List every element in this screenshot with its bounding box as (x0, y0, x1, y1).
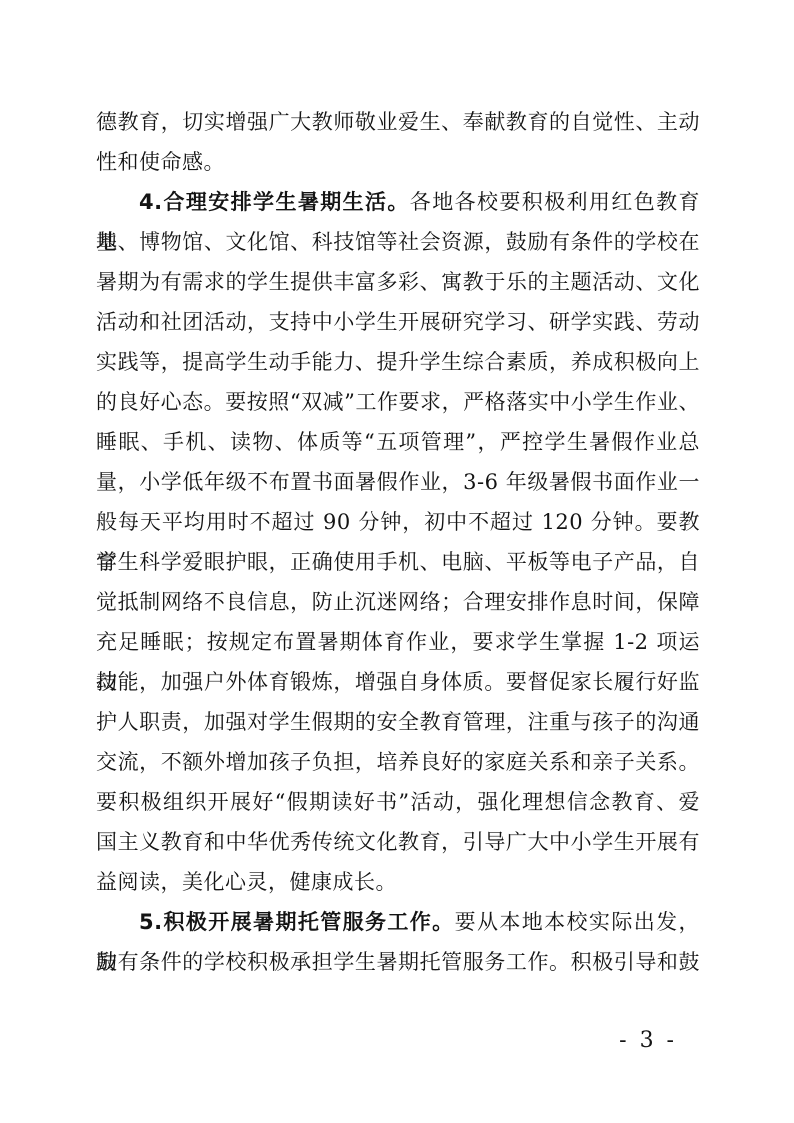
body-text: 量，小学低年级不布置书面暑假作业，3-6 年级暑假书面作业一 (96, 470, 700, 494)
body-text: 励有条件的学校积极承担学生暑期托管服务工作。积极引导和鼓 (96, 950, 700, 974)
body-text: 护人职责，加强对学生假期的安全教育管理，注重与孩子的沟通 (96, 710, 700, 734)
body-text: 活动和社团活动，支持中小学生开展研究学习、研学实践、劳动 (96, 310, 700, 334)
document-line: 暑期为有需求的学生提供丰富多彩、寓教于乐的主题活动、文化 (96, 262, 700, 302)
document-line: 交流，不额外增加孩子负担，培养良好的家庭关系和亲子关系。 (96, 742, 700, 782)
document-line: 活动和社团活动，支持中小学生开展研究学习、研学实践、劳动 (96, 302, 700, 342)
document-content: 德教育，切实增强广大教师敬业爱生、奉献教育的自觉性、主动性和使命感。4.合理安排… (96, 102, 700, 982)
document-line: 益阅读，美化心灵，健康成长。 (96, 862, 700, 902)
document-line: 护人职责，加强对学生假期的安全教育管理，注重与孩子的沟通 (96, 702, 700, 742)
body-text: 性和使命感。 (96, 150, 225, 174)
section-heading-text: 4.合理安排学生暑期生活。 (139, 190, 410, 214)
body-text: 实践等，提高学生动手能力、提升学生综合素质，养成积极向上 (96, 350, 700, 374)
document-line: 充足睡眠；按规定布置暑期体育作业，要求学生掌握 1-2 项运动 (96, 622, 700, 662)
document-line: 励有条件的学校积极承担学生暑期托管服务工作。积极引导和鼓 (96, 942, 700, 982)
document-line: 地、博物馆、文化馆、科技馆等社会资源，鼓励有条件的学校在 (96, 222, 700, 262)
document-line: 的良好心态。要按照“双减”工作要求，严格落实中小学生作业、 (96, 382, 700, 422)
body-text: 德教育，切实增强广大教师敬业爱生、奉献教育的自觉性、主动 (96, 110, 700, 134)
document-line: 5.积极开展暑期托管服务工作。要从本地本校实际出发，鼓 (96, 902, 700, 942)
body-text: 地、博物馆、文化馆、科技馆等社会资源，鼓励有条件的学校在 (96, 230, 700, 254)
body-text: 国主义教育和中华优秀传统文化教育，引导广大中小学生开展有 (96, 830, 700, 854)
body-text: 益阅读，美化心灵，健康成长。 (96, 870, 397, 894)
document-line: 量，小学低年级不布置书面暑假作业，3-6 年级暑假书面作业一 (96, 462, 700, 502)
body-text: 要积极组织开展好“假期读好书”活动，强化理想信念教育、爱 (96, 790, 700, 814)
document-line: 般每天平均用时不超过 90 分钟，初中不超过 120 分钟。要教育 (96, 502, 700, 542)
document-line: 技能，加强户外体育锻炼，增强自身体质。要督促家长履行好监 (96, 662, 700, 702)
body-text: 的良好心态。要按照“双减”工作要求，严格落实中小学生作业、 (96, 390, 700, 414)
document-page: 德教育，切实增强广大教师敬业爱生、奉献教育的自觉性、主动性和使命感。4.合理安排… (0, 0, 794, 1123)
document-line: 睡眠、手机、读物、体质等“五项管理”，严控学生暑假作业总 (96, 422, 700, 462)
document-line: 觉抵制网络不良信息，防止沉迷网络；合理安排作息时间，保障 (96, 582, 700, 622)
body-text: 睡眠、手机、读物、体质等“五项管理”，严控学生暑假作业总 (96, 430, 700, 454)
document-line: 实践等，提高学生动手能力、提升学生综合素质，养成积极向上 (96, 342, 700, 382)
document-line: 4.合理安排学生暑期生活。各地各校要积极利用红色教育基 (96, 182, 700, 222)
body-text: 学生科学爱眼护眼，正确使用手机、电脑、平板等电子产品，自 (96, 550, 700, 574)
body-text: 暑期为有需求的学生提供丰富多彩、寓教于乐的主题活动、文化 (96, 270, 700, 294)
document-line: 德教育，切实增强广大教师敬业爱生、奉献教育的自觉性、主动 (96, 102, 700, 142)
section-heading-text: 5.积极开展暑期托管服务工作。 (139, 910, 455, 934)
document-line: 性和使命感。 (96, 142, 700, 182)
document-line: 要积极组织开展好“假期读好书”活动，强化理想信念教育、爱 (96, 782, 700, 822)
body-text: 技能，加强户外体育锻炼，增强自身体质。要督促家长履行好监 (96, 670, 700, 694)
document-line: 学生科学爱眼护眼，正确使用手机、电脑、平板等电子产品，自 (96, 542, 700, 582)
page-number: - 3 - (619, 1028, 677, 1053)
body-text: 觉抵制网络不良信息，防止沉迷网络；合理安排作息时间，保障 (96, 590, 700, 614)
document-line: 国主义教育和中华优秀传统文化教育，引导广大中小学生开展有 (96, 822, 700, 862)
body-text: 交流，不额外增加孩子负担，培养良好的家庭关系和亲子关系。 (96, 750, 700, 774)
